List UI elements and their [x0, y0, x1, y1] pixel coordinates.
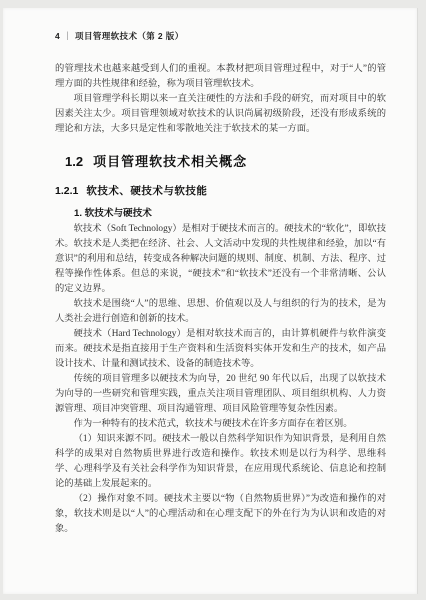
paragraph: 软技术（Soft Technology）是相对于硬技术而言的。硬技术的“软化”，…: [55, 222, 386, 297]
running-header: 4｜项目管理软技术（第 2 版）: [55, 30, 184, 42]
subsection-heading: 1.2.1软技术、硬技术与软技能: [55, 183, 386, 199]
paragraph: 传统的项目管理多以硬技术为向导，20 世纪 90 年代以后，出现了以软技术为向导…: [55, 372, 386, 417]
numbered-list-heading: 1. 软技术与硬技术: [74, 206, 386, 221]
paragraph: 作为一种特有的技术范式，软技术与硬技术在许多方面存在着区别。: [55, 417, 386, 432]
scanned-page-background: 4｜项目管理软技术（第 2 版） 的管理技术也越来越受到人们的重视。本教材把项目…: [0, 0, 426, 600]
section-title: 项目管理软技术相关概念: [93, 154, 247, 169]
paragraph: （2）操作对象不同。硬技术主要以“物（自然物质世界）”为改造和操作的对象，软技术…: [55, 492, 386, 537]
paragraph: 项目管理学科长期以来一直关注硬性的方法和手段的研究，而对项目中的软因素关注太少。…: [55, 92, 386, 137]
page-content: 的管理技术也越来越受到人们的重视。本教材把项目管理过程中，对于“人”的管理方面的…: [55, 62, 386, 537]
subsection-title: 软技术、硬技术与软技能: [86, 185, 207, 197]
header-divider: ｜: [63, 30, 72, 42]
book-page: 4｜项目管理软技术（第 2 版） 的管理技术也越来越受到人们的重视。本教材把项目…: [3, 8, 418, 594]
paragraph: 硬技术（Hard Technology）是相对软技术而言的，由计算机硬件与软件演…: [55, 327, 386, 372]
book-title: 项目管理软技术（第 2 版）: [75, 31, 184, 41]
page-number: 4: [55, 31, 60, 41]
subsection-number: 1.2.1: [55, 185, 78, 197]
paragraph-continuation: 的管理技术也越来越受到人们的重视。本教材把项目管理过程中，对于“人”的管理方面的…: [55, 62, 386, 92]
section-heading: 1.2项目管理软技术相关概念: [65, 152, 386, 171]
paragraph: （1）知识来源不同。硬技术一般以自然科学知识作为知识背景，是利用自然科学的成果对…: [55, 432, 386, 492]
paragraph: 软技术是围绕“人”的思维、思想、价值观以及人与组织的行为的技术，是为人类社会进行…: [55, 297, 386, 327]
section-number: 1.2: [65, 154, 83, 169]
